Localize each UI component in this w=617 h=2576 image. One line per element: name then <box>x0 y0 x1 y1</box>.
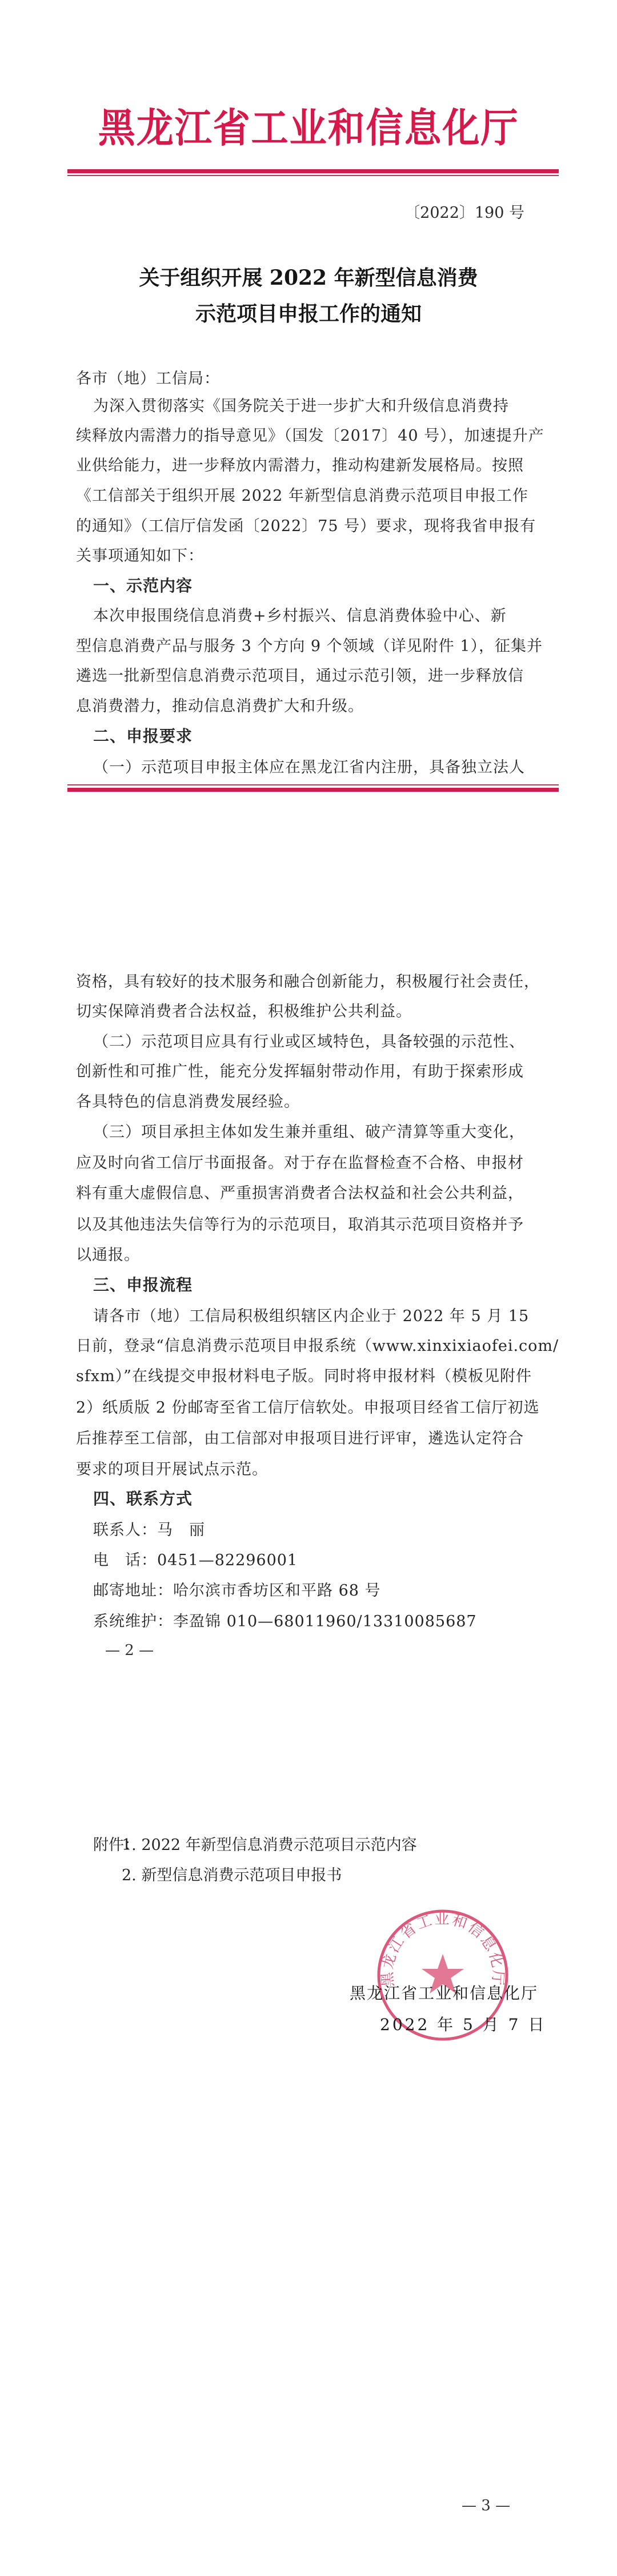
attachment-item-2: 2. 新型信息消费示范项目申报书 <box>122 1863 342 1885</box>
contact-address: 邮寄地址：哈尔滨市香坊区和平路 68 号 <box>93 1578 381 1600</box>
page1-footer-rule-thick <box>67 788 559 792</box>
section2-item2-line: 创新性和可推广性，能充分发挥辐射带动作用，有助于探索形成 <box>76 1059 524 1081</box>
section2-item1-line: 资格，具有较好的技术服务和融合创新能力，积极履行社会责任， <box>76 969 540 991</box>
section-heading-2: 二、申报要求 <box>93 724 193 747</box>
section-heading-3: 三、申报流程 <box>93 1273 193 1295</box>
section3-line: 要求的项目开展试点示范。 <box>76 1457 268 1479</box>
section1-line: 息消费潜力，推动信息消费扩大和升级。 <box>76 693 364 716</box>
section2-item3-line: 应及时向省工信厅书面报备。对于存在监督检查不合格、申报材 <box>76 1150 524 1173</box>
section2-item2-line: （二）示范项目应具有行业或区域特色，具备较强的示范性、 <box>93 1029 525 1051</box>
section2-item3-line: 以及其他违法失信等行为的示范项目，取消其示范项目资格并予 <box>76 1212 524 1234</box>
section2-item1-line: （一）示范项目申报主体应在黑龙江省内注册，具备独立法人 <box>93 755 525 777</box>
salutation: 各市（地）工信局： <box>76 366 220 388</box>
section2-item3-line: 以通报。 <box>76 1242 140 1265</box>
intro-line: 续释放内需潜力的指导意见》（国发〔2017〕40 号），加速提升产 <box>76 423 544 445</box>
letterhead-org-title: 黑龙江省工业和信息化厅 <box>22 96 595 154</box>
page1-footer-rule-thin <box>67 784 559 785</box>
intro-line: 为深入贯彻落实《国务院关于进一步扩大和升级信息消费持 <box>93 393 509 416</box>
signing-date: 2022 年 5 月 7 日 <box>380 2012 546 2035</box>
intro-line: 的通知》（工信厅信发函〔2022〕75 号）要求，现将我省申报有 <box>76 513 536 536</box>
letterhead-rule-thick <box>67 169 559 173</box>
document-title-line2: 示范项目申报工作的通知 <box>0 298 617 327</box>
section-heading-1: 一、示范内容 <box>93 573 193 596</box>
section3-line: 2）纸质版 2 份邮寄至省工信厅信软处。申报项目经省工信厅初选 <box>76 1395 540 1417</box>
section2-item1-line: 切实保障消费者合法权益，积极维护公共利益。 <box>76 999 412 1021</box>
section3-line: 请各市（地）工信局积极组织辖区内企业于 2022 年 5 月 15 <box>93 1303 529 1326</box>
document-title-line1: 关于组织开展 2022 年新型信息消费 <box>0 262 617 291</box>
intro-line: 关事项通知如下： <box>76 543 204 565</box>
section-heading-4: 四、联系方式 <box>93 1486 193 1509</box>
signing-organization: 黑龙江省工业和信息化厅 <box>350 1981 538 2004</box>
letterhead-rule-thin <box>67 175 559 176</box>
contact-phone: 电 话：0451—82296001 <box>93 1548 298 1570</box>
section2-item3-line: （三）项目承担主体如发生兼并重组、破产清算等重大变化， <box>93 1119 525 1142</box>
intro-line: 业供给能力，进一步释放内需潜力，推动构建新发展格局。按照 <box>76 453 524 475</box>
contact-system-maintenance: 系统维护：李盈锦 010—68011960/13310085687 <box>93 1609 477 1631</box>
section3-line: 后推荐至工信部，由工信部对申报项目进行评审，遴选认定符合 <box>76 1426 524 1448</box>
section1-line: 本次申报围绕信息消费+乡村振兴、信息消费体验中心、新 <box>93 603 507 625</box>
contact-person: 联系人：马 丽 <box>93 1517 205 1540</box>
page-number-3: — 3 — <box>462 2497 510 2514</box>
intro-line: 《工信部关于组织开展 2022 年新型信息消费示范项目申报工作 <box>76 483 528 505</box>
attachment-item-1: 1. 2022 年新型信息消费示范项目示范内容 <box>122 1832 417 1855</box>
section2-item3-line: 料有重大虚假信息、严重损害消费者合法权益和社会公共利益， <box>76 1181 524 1203</box>
section1-line: 遴选一批新型信息消费示范项目，通过示范引领，进一步释放信 <box>76 663 524 685</box>
section3-line: 日前，登录“信息消费示范项目申报系统（www.xinxixiaofei.com/ <box>76 1333 559 1355</box>
section1-line: 型信息消费产品与服务 3 个方向 9 个领域（详见附件 1），征集并 <box>76 633 543 656</box>
section2-item2-line: 各具特色的信息消费发展经验。 <box>76 1089 300 1111</box>
document-number: 〔2022〕190 号 <box>404 200 524 222</box>
page-number-2: — 2 — <box>105 1642 154 1659</box>
section3-line: sfxm）”在线提交申报材料电子版。同时将申报材料（模板见附件 <box>76 1363 532 1386</box>
